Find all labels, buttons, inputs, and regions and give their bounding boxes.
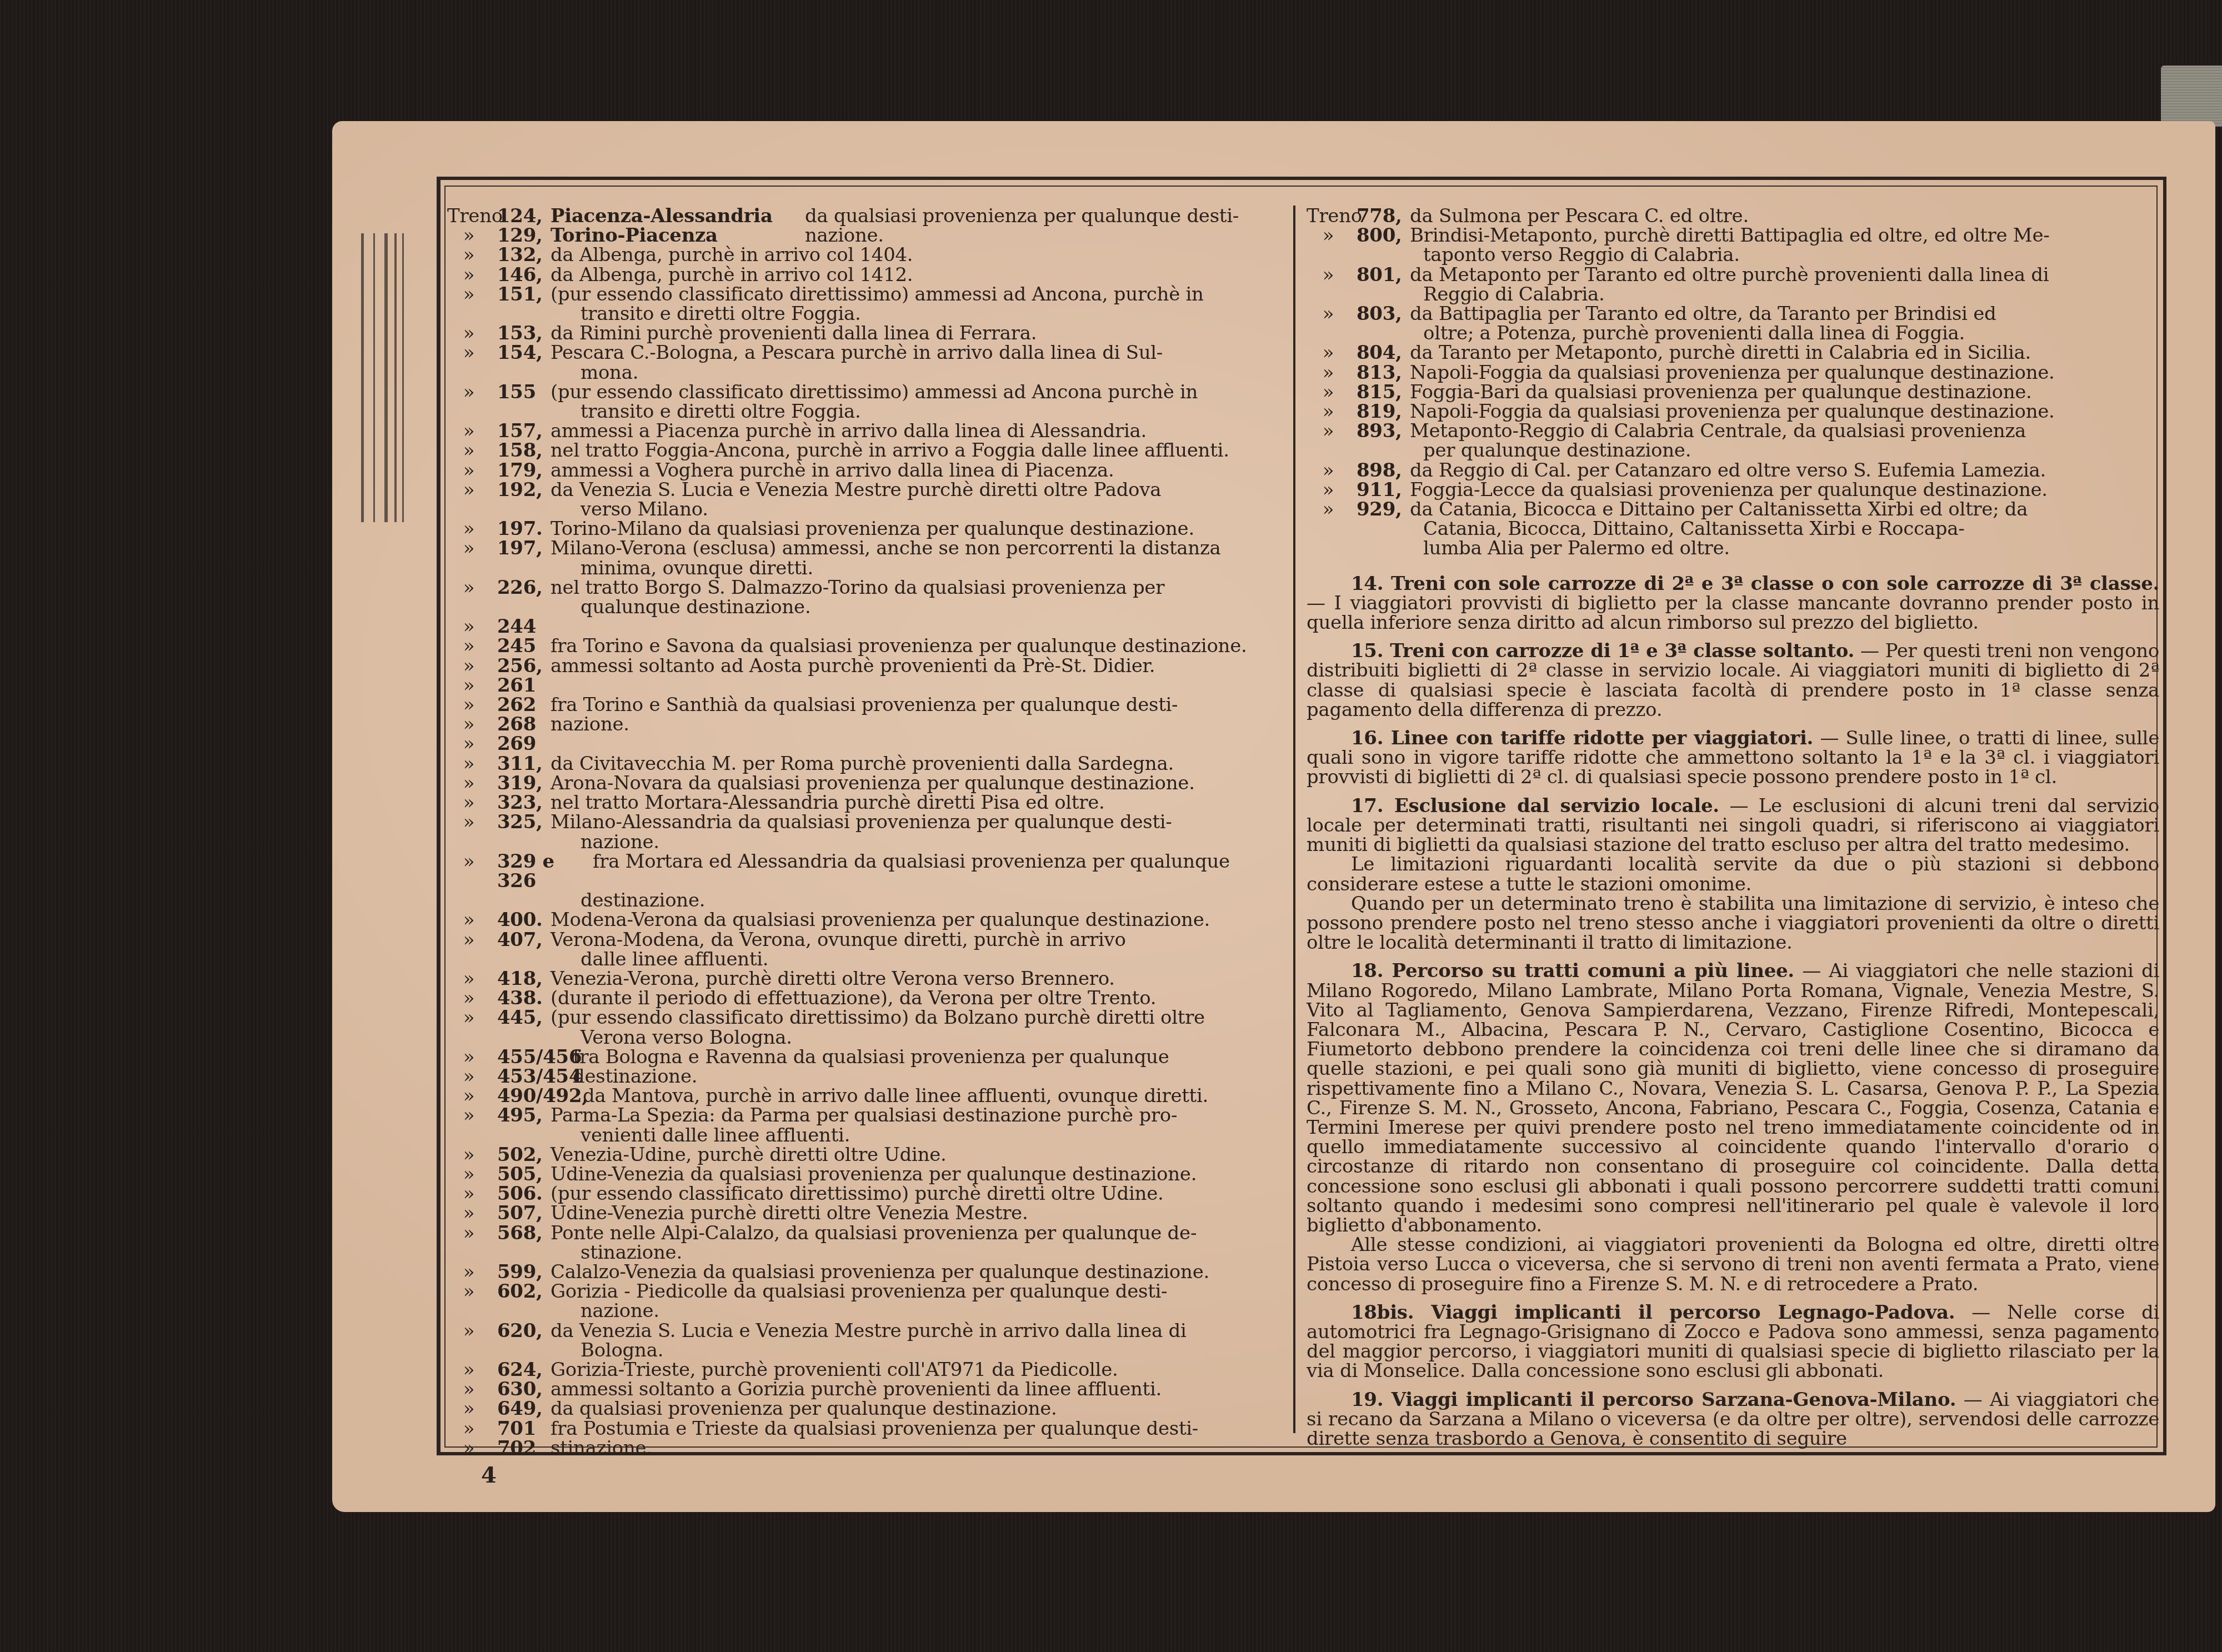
train-note: Foggia-Lecce da qualsiasi provenienza pe… [1410,480,2159,500]
train-note-continuation: Verona verso Bologna. [447,1028,1292,1048]
train-note-continuation: Reggio di Calabria. [1307,285,2159,304]
train-entry: »179,ammessi a Voghera purchè in arrivo … [447,461,1292,480]
ditto-mark: » [447,774,497,793]
train-number: 245 [497,637,551,656]
train-note: Udine-Venezia purchè diretti oltre Venez… [551,1204,1292,1223]
ditto-mark: » [447,1439,497,1458]
ditto-mark: » [447,1184,497,1204]
ditto-mark: » [1307,226,1357,246]
ditto-mark: » [447,754,497,774]
train-entry: »244 [447,617,1292,637]
train-number: 329 e 326 [497,852,593,891]
train-number: 701 [497,1419,551,1439]
ditto-mark: » [1307,402,1357,422]
train-note-continuation: per qualunque destinazione. [1307,441,2159,460]
train-note-continuation: nazione. [447,1301,1292,1321]
train-note: Venezia-Udine, purchè diretti oltre Udin… [551,1145,1292,1165]
train-entry: »893,Metaponto-Reggio di Calabria Centra… [1307,422,2159,441]
train-number: 804, [1357,343,1410,363]
ditto-mark: » [447,519,497,539]
train-note: da Albenga, purchè in arrivo col 1412. [551,266,1292,285]
regulation-section: 17. Esclusione dal servizio locale. — Le… [1307,797,2159,855]
section-body: — Ai viaggiatori che nelle stazioni di M… [1307,960,2159,1237]
train-number: 197, [497,539,551,558]
train-entry: »262fra Torino e Santhià da qualsiasi pr… [447,695,1292,715]
train-note: ammessi soltanto a Gorizia purchè proven… [551,1380,1292,1399]
train-entry: »649,da qualsiasi provenienza per qualun… [447,1399,1292,1419]
train-entry: »319,Arona-Novara da qualsiasi provenien… [447,774,1292,793]
train-note: (pur essendo classificato direttissimo) … [551,1008,1292,1028]
section-heading: 14. Treni con sole carrozze di 2ª e 3ª c… [1351,573,2159,595]
train-number: 179, [497,461,551,480]
ditto-mark: » [447,676,497,695]
ditto-mark: » [447,637,497,656]
train-note: Ponte nelle Alpi-Calalzo, da qualsiasi p… [551,1224,1292,1243]
ditto-mark: » [447,226,497,246]
train-note: Arona-Novara da qualsiasi provenienza pe… [551,774,1292,793]
ditto-mark: » [447,1067,497,1087]
train-note-continuation: taponto verso Reggio di Calabria. [1307,246,2159,265]
train-note-continuation: nazione. [447,833,1292,852]
train-note-continuation: Bologna. [447,1341,1292,1360]
train-note: ammessi a Voghera purchè in arrivo dalla… [551,461,1292,480]
train-note-continuation: mona. [447,363,1292,383]
train-entry: »153,da Rimini purchè provenienti dalla … [447,324,1292,343]
train-note-continuation: Catania, Bicocca, Dittaino, Caltanissett… [1307,519,2159,539]
ditto-mark: » [447,1380,497,1399]
train-number: 911, [1357,480,1410,500]
train-number: 813, [1357,363,1410,383]
train-number: 269 [497,734,551,754]
train-note: nazione. [551,715,1292,734]
train-note [551,676,1292,695]
train-note-continuation: dalle linee affluenti. [447,950,1292,969]
ditto-mark: » [447,441,497,460]
train-number: 438. [497,989,551,1008]
train-note-continuation: venienti dalle linee affluenti. [447,1126,1292,1145]
train-number: 124, [497,207,551,226]
train-entry: »192,da Venezia S. Lucia e Venezia Mestr… [447,480,1292,500]
train-note: ammessi a Piacenza purchè in arrivo dall… [551,422,1292,441]
train-entry: »507,Udine-Venezia purchè diretti oltre … [447,1204,1292,1223]
ditto-mark: » [1307,422,1357,441]
ditto-mark: » [447,930,497,950]
train-note [551,617,1292,637]
train-number: 893, [1357,422,1410,441]
ditto-mark: » [447,1399,497,1419]
ditto-mark: » [447,383,497,402]
train-number: 502, [497,1145,551,1165]
train-note: Milano-Verona (esclusa) ammessi, anche s… [551,539,1292,558]
train-number: 495, [497,1106,551,1125]
ditto-mark: » [447,461,497,480]
train-number: 407, [497,930,551,950]
train-entry: »490/492,da Mantova, purchè in arrivo da… [447,1087,1292,1106]
ditto-mark: » [447,1145,497,1165]
ditto-mark: » [447,578,497,598]
train-entry: »129,Torino-Piacenzanazione. [447,226,1292,246]
train-note: Modena-Verona da qualsiasi provenienza p… [551,910,1292,930]
train-number: 505, [497,1165,551,1184]
regulation-section: 14. Treni con sole carrozze di 2ª e 3ª c… [1307,574,2159,633]
train-entry: »495,Parma-La Spezia: da Parma per quals… [447,1106,1292,1125]
train-note: da Battipaglia per Taranto ed oltre, da … [1410,304,2159,324]
train-number: 400. [497,910,551,930]
train-entry: »323,nel tratto Mortara-Alessandria purc… [447,793,1292,813]
column-divider [1293,206,1295,1433]
ditto-mark: » [447,324,497,343]
train-note: nel tratto Foggia-Ancona, purchè in arri… [551,441,1292,460]
ditto-mark: » [447,1282,497,1301]
train-entry: »197,Milano-Verona (esclusa) ammessi, an… [447,539,1292,558]
ditto-mark: » [1307,383,1357,402]
train-entry: »620,da Venezia S. Lucia e Venezia Mestr… [447,1321,1292,1341]
train-note: da Civitavecchia M. per Roma purchè prov… [551,754,1292,774]
ditto-mark: » [447,266,497,285]
train-note-continuation: minima, ovunque diretti. [447,559,1292,578]
ditto-mark: » [447,813,497,832]
train-number: 226, [497,578,551,598]
train-number: 506. [497,1184,551,1204]
train-number: 158, [497,441,551,460]
train-entry: »602,Gorizia - Piedicolle da qualsiasi p… [447,1282,1292,1301]
binding-edge [356,233,406,522]
ditto-mark: » [447,695,497,715]
train-entry: »245fra Torino e Savona da qualsiasi pro… [447,637,1292,656]
train-note: Gorizia-Trieste, purchè provenienti coll… [551,1360,1292,1380]
train-entry: »400.Modena-Verona da qualsiasi provenie… [447,910,1292,930]
section-paragraph: Le limitazioni riguardanti località serv… [1307,855,2159,894]
train-entry: »506.(pur essendo classificato direttiss… [447,1184,1292,1204]
train-note: destinazione. [573,1067,1292,1087]
ditto-mark: » [447,422,497,441]
train-note: fra Torino e Santhià da qualsiasi proven… [551,695,1292,715]
section-heading: 16. Linee con tariffe ridotte per viaggi… [1351,727,1813,749]
ditto-mark: » [447,1419,497,1439]
train-entry: »268nazione. [447,715,1292,734]
train-entry: »702stinazione. [447,1439,1292,1458]
train-note: Piacenza-Alessandria [551,207,795,226]
left-column: Treno124,Piacenza-Alessandriada qualsias… [447,207,1292,1458]
section-heading: 18. Percorso su tratti comuni a più line… [1351,960,1794,982]
ditto-mark: » [447,1048,497,1067]
train-number: 800, [1357,226,1410,246]
train-note: fra Postumia e Trieste da qualsiasi prov… [551,1419,1292,1439]
ditto-mark: » [447,793,497,813]
section-body: — I viaggiatori provvisti di biglietto p… [1307,592,2159,634]
train-note: nel tratto Mortara-Alessandria purchè di… [551,793,1292,813]
section-paragraph: Alle stesse condizioni, ai viaggiatori p… [1307,1235,2159,1294]
train-note: da Taranto per Metaponto, purchè diretti… [1410,343,2159,363]
train-number: 311, [497,754,551,774]
ditto-mark: » [447,852,497,891]
train-entry: »261 [447,676,1292,695]
train-note: da Sulmona per Pescara C. ed oltre. [1410,207,2159,226]
train-note: Gorizia - Piedicolle da qualsiasi proven… [551,1282,1292,1301]
right-column: Treno778,da Sulmona per Pescara C. ed ol… [1307,207,2159,1449]
train-number: 129, [497,226,551,246]
train-number: 649, [497,1399,551,1419]
ditto-mark: » [447,1263,497,1282]
train-number: 244 [497,617,551,637]
train-number: 453/454 [497,1067,573,1087]
train-note: Verona-Modena, da Verona, ovunque dirett… [551,930,1292,950]
train-note-continuation: verso Milano. [447,500,1292,519]
page-number: 4 [481,1462,497,1488]
train-entry: »132,da Albenga, purchè in arrivo col 14… [447,246,1292,265]
train-number: 146, [497,266,551,285]
train-number: 801, [1357,266,1410,285]
train-number: 445, [497,1008,551,1028]
train-entry: »568,Ponte nelle Alpi-Calalzo, da qualsi… [447,1224,1292,1243]
train-entry: »898,da Reggio di Cal. per Catanzaro ed … [1307,461,2159,480]
ditto-mark: » [1307,304,1357,324]
train-entry: Treno778,da Sulmona per Pescara C. ed ol… [1307,207,2159,226]
train-number: 507, [497,1204,551,1223]
train-note: nel tratto Borgo S. Dalmazzo-Torino da q… [551,578,1292,598]
train-note: (durante il periodo di effettuazione), d… [551,989,1292,1008]
train-note: da Metaponto per Taranto ed oltre purchè… [1410,266,2159,285]
train-note-continuation: transito e diretti oltre Foggia. [447,304,1292,324]
train-entry: »325,Milano-Alessandria da qualsiasi pro… [447,813,1292,832]
ditto-mark: » [447,1165,497,1184]
train-entry: »701fra Postumia e Trieste da qualsiasi … [447,1419,1292,1439]
train-number: 256, [497,657,551,676]
train-entry: »311,da Civitavecchia M. per Roma purchè… [447,754,1292,774]
ditto-mark: » [1307,343,1357,363]
train-number: 898, [1357,461,1410,480]
train-entry: »813,Napoli-Foggia da qualsiasi provenie… [1307,363,2159,383]
spacer [1307,559,2159,565]
train-entry: »455/456fra Bologna e Ravenna da qualsia… [447,1048,1292,1067]
train-note: Parma-La Spezia: da Parma per qualsiasi … [551,1106,1292,1125]
ditto-mark: » [447,989,497,1008]
train-note: Napoli-Foggia da qualsiasi provenienza p… [1410,363,2159,383]
section-heading: 17. Esclusione dal servizio locale. [1351,795,1719,817]
train-note: stinazione. [551,1439,1292,1458]
train-note-continuation: qualunque destinazione. [447,598,1292,617]
ditto-mark: » [447,910,497,930]
train-note: Milano-Alessandria da qualsiasi provenie… [551,813,1292,832]
regulation-section: 18bis. Viaggi implicanti il percorso Leg… [1307,1303,2159,1381]
train-entry: »911,Foggia-Lecce da qualsiasi provenien… [1307,480,2159,500]
ditto-mark: » [1307,461,1357,480]
train-number: 132, [497,246,551,265]
train-note-continuation: stinazione. [447,1243,1292,1263]
train-entry: »804,da Taranto per Metaponto, purchè di… [1307,343,2159,363]
train-number: 815, [1357,383,1410,402]
train-entry: »599,Calalzo-Venezia da qualsiasi proven… [447,1263,1292,1282]
regulation-section: 19. Viaggi implicanti il percorso Sarzan… [1307,1390,2159,1449]
train-note [551,734,1292,754]
train-note: (pur essendo classificato direttissimo) … [551,285,1292,304]
train-entry: »226,nel tratto Borgo S. Dalmazzo-Torino… [447,578,1292,598]
train-entry: »453/454destinazione. [447,1067,1292,1087]
train-note-continuation: destinazione. [447,891,1292,910]
train-note: Torino-Milano da qualsiasi provenienza p… [551,519,1292,539]
ditto-mark: » [447,657,497,676]
train-number: 155 [497,383,551,402]
ditto-mark: » [447,1008,497,1028]
train-number: 630, [497,1380,551,1399]
train-entry: »502,Venezia-Udine, purchè diretti oltre… [447,1145,1292,1165]
train-entry: »256,ammessi soltanto ad Aosta purchè pr… [447,657,1292,676]
train-entry: »418,Venezia-Verona, purchè diretti oltr… [447,969,1292,989]
treno-label: Treno [1307,207,1357,226]
ditto-mark: » [447,1360,497,1380]
ditto-mark: » [447,1321,497,1341]
train-number: 261 [497,676,551,695]
train-note-continuation: transito e diretti oltre Foggia. [447,402,1292,422]
train-number: 702 [497,1439,551,1458]
train-entry: »445,(pur essendo classificato direttiss… [447,1008,1292,1028]
regulation-section: 15. Treni con carrozze di 1ª e 3ª classe… [1307,642,2159,720]
train-note: da Albenga, purchè in arrivo col 1404. [551,246,1292,265]
ditto-mark: » [1307,480,1357,500]
section-heading: 19. Viaggi implicanti il percorso Sarzan… [1351,1389,1956,1411]
ditto-mark: » [1307,500,1357,519]
train-number: 599, [497,1263,551,1282]
train-note: da Catania, Bicocca e Dittaino per Calta… [1410,500,2159,519]
train-number: 624, [497,1360,551,1380]
ditto-mark: » [447,617,497,637]
train-entry: »155(pur essendo classificato direttissi… [447,383,1292,402]
train-note: Venezia-Verona, purchè diretti oltre Ver… [551,969,1292,989]
train-entry: »158,nel tratto Foggia-Ancona, purchè in… [447,441,1292,460]
ditto-mark: » [447,480,497,500]
train-entry: »630,ammessi soltanto a Gorizia purchè p… [447,1380,1292,1399]
train-note: fra Mortara ed Alessandria da qualsiasi … [593,852,1292,891]
train-note: fra Torino e Savona da qualsiasi proveni… [551,637,1292,656]
train-note: Foggia-Bari da qualsiasi provenienza per… [1410,383,2159,402]
train-entry: »800,Brindisi-Metaponto, purchè diretti … [1307,226,2159,246]
train-number: 157, [497,422,551,441]
train-entry: »197.Torino-Milano da qualsiasi provenie… [447,519,1292,539]
train-note: da Mantova, purchè in arrivo dalle linee… [583,1087,1292,1106]
train-number: 929, [1357,500,1410,519]
train-note: da Venezia S. Lucia e Venezia Mestre pur… [551,1321,1292,1341]
section-paragraph: Quando per un determinato treno è stabil… [1307,894,2159,953]
train-number: 778, [1357,207,1410,226]
train-note: Pescara C.-Bologna, a Pescara purchè in … [551,343,1292,363]
train-entry: »151,(pur essendo classificato direttiss… [447,285,1292,304]
train-entry: »438.(durante il periodo di effettuazion… [447,989,1292,1008]
ditto-mark: » [447,539,497,558]
ditto-mark: » [447,1224,497,1243]
train-note: da Venezia S. Lucia e Venezia Mestre pur… [551,480,1292,500]
train-entry: »329 e 326fra Mortara ed Alessandria da … [447,852,1292,891]
train-entry: »146,da Albenga, purchè in arrivo col 14… [447,266,1292,285]
train-entry: »803,da Battipaglia per Taranto ed oltre… [1307,304,2159,324]
grouped-note: da qualsiasi provenienza per qualunque d… [795,207,1292,226]
train-note: Torino-Piacenza [551,226,795,246]
ditto-mark: » [447,343,497,363]
train-entry: »407,Verona-Modena, da Verona, ovunque d… [447,930,1292,950]
train-entry: Treno124,Piacenza-Alessandriada qualsias… [447,207,1292,226]
regulation-section: 16. Linee con tariffe ridotte per viaggi… [1307,729,2159,788]
train-entry: »157,ammessi a Piacenza purchè in arrivo… [447,422,1292,441]
train-note: da qualsiasi provenienza per qualunque d… [551,1399,1292,1419]
train-number: 490/492, [497,1087,583,1106]
train-number: 323, [497,793,551,813]
train-number: 819, [1357,402,1410,422]
train-entry: »929,da Catania, Bicocca e Dittaino per … [1307,500,2159,519]
train-number: 319, [497,774,551,793]
ditto-mark: » [447,285,497,304]
train-number: 325, [497,813,551,832]
ditto-mark: » [447,734,497,754]
train-note: da Reggio di Cal. per Catanzaro ed oltre… [1410,461,2159,480]
train-note: Metaponto-Reggio di Calabria Centrale, d… [1410,422,2159,441]
section-heading: 18bis. Viaggi implicanti il percorso Leg… [1351,1301,1955,1324]
stacked-pages-edge [2161,66,2222,127]
ditto-mark: » [447,1106,497,1125]
ditto-mark: » [447,969,497,989]
train-number: 568, [497,1224,551,1243]
train-number: 602, [497,1282,551,1301]
train-note-continuation: lumba Alia per Palermo ed oltre. [1307,539,2159,558]
train-number: 803, [1357,304,1410,324]
ditto-mark: » [447,715,497,734]
train-entry: »624,Gorizia-Trieste, purchè provenienti… [447,1360,1292,1380]
train-number: 197. [497,519,551,539]
train-number: 262 [497,695,551,715]
ditto-mark: » [447,1204,497,1223]
train-number: 151, [497,285,551,304]
train-note: Napoli-Foggia da qualsiasi provenienza p… [1410,402,2159,422]
ditto-mark: » [1307,363,1357,383]
train-entry: »801,da Metaponto per Taranto ed oltre p… [1307,266,2159,285]
train-note: Udine-Venezia da qualsiasi provenienza p… [551,1165,1292,1184]
train-number: 455/456 [497,1048,573,1067]
treno-label: Treno [447,207,497,226]
grouped-note: nazione. [795,226,1292,246]
train-note: (pur essendo classificato direttissimo) … [551,383,1292,402]
train-entry: »815,Foggia-Bari da qualsiasi provenienz… [1307,383,2159,402]
ditto-mark: » [447,246,497,265]
train-note: fra Bologna e Ravenna da qualsiasi prove… [573,1048,1292,1067]
train-entry: »505,Udine-Venezia da qualsiasi provenie… [447,1165,1292,1184]
ditto-mark: » [1307,266,1357,285]
train-number: 418, [497,969,551,989]
section-heading: 15. Treni con carrozze di 1ª e 3ª classe… [1351,640,1854,662]
train-entry: »154,Pescara C.-Bologna, a Pescara purch… [447,343,1292,363]
train-number: 153, [497,324,551,343]
train-number: 620, [497,1321,551,1341]
train-entry: »819,Napoli-Foggia da qualsiasi provenie… [1307,402,2159,422]
train-number: 268 [497,715,551,734]
train-note: ammessi soltanto ad Aosta purchè proveni… [551,657,1292,676]
train-note: Brindisi-Metaponto, purchè diretti Batti… [1410,226,2159,246]
train-number: 192, [497,480,551,500]
regulation-section: 18. Percorso su tratti comuni a più line… [1307,962,2159,1235]
train-note: da Rimini purchè provenienti dalla linea… [551,324,1292,343]
train-note: Calalzo-Venezia da qualsiasi provenienza… [551,1263,1292,1282]
train-note: (pur essendo classificato direttissimo) … [551,1184,1292,1204]
train-note-continuation: oltre; a Potenza, purchè provenienti dal… [1307,324,2159,343]
train-entry: »269 [447,734,1292,754]
train-number: 154, [497,343,551,363]
ditto-mark: » [447,1087,497,1106]
